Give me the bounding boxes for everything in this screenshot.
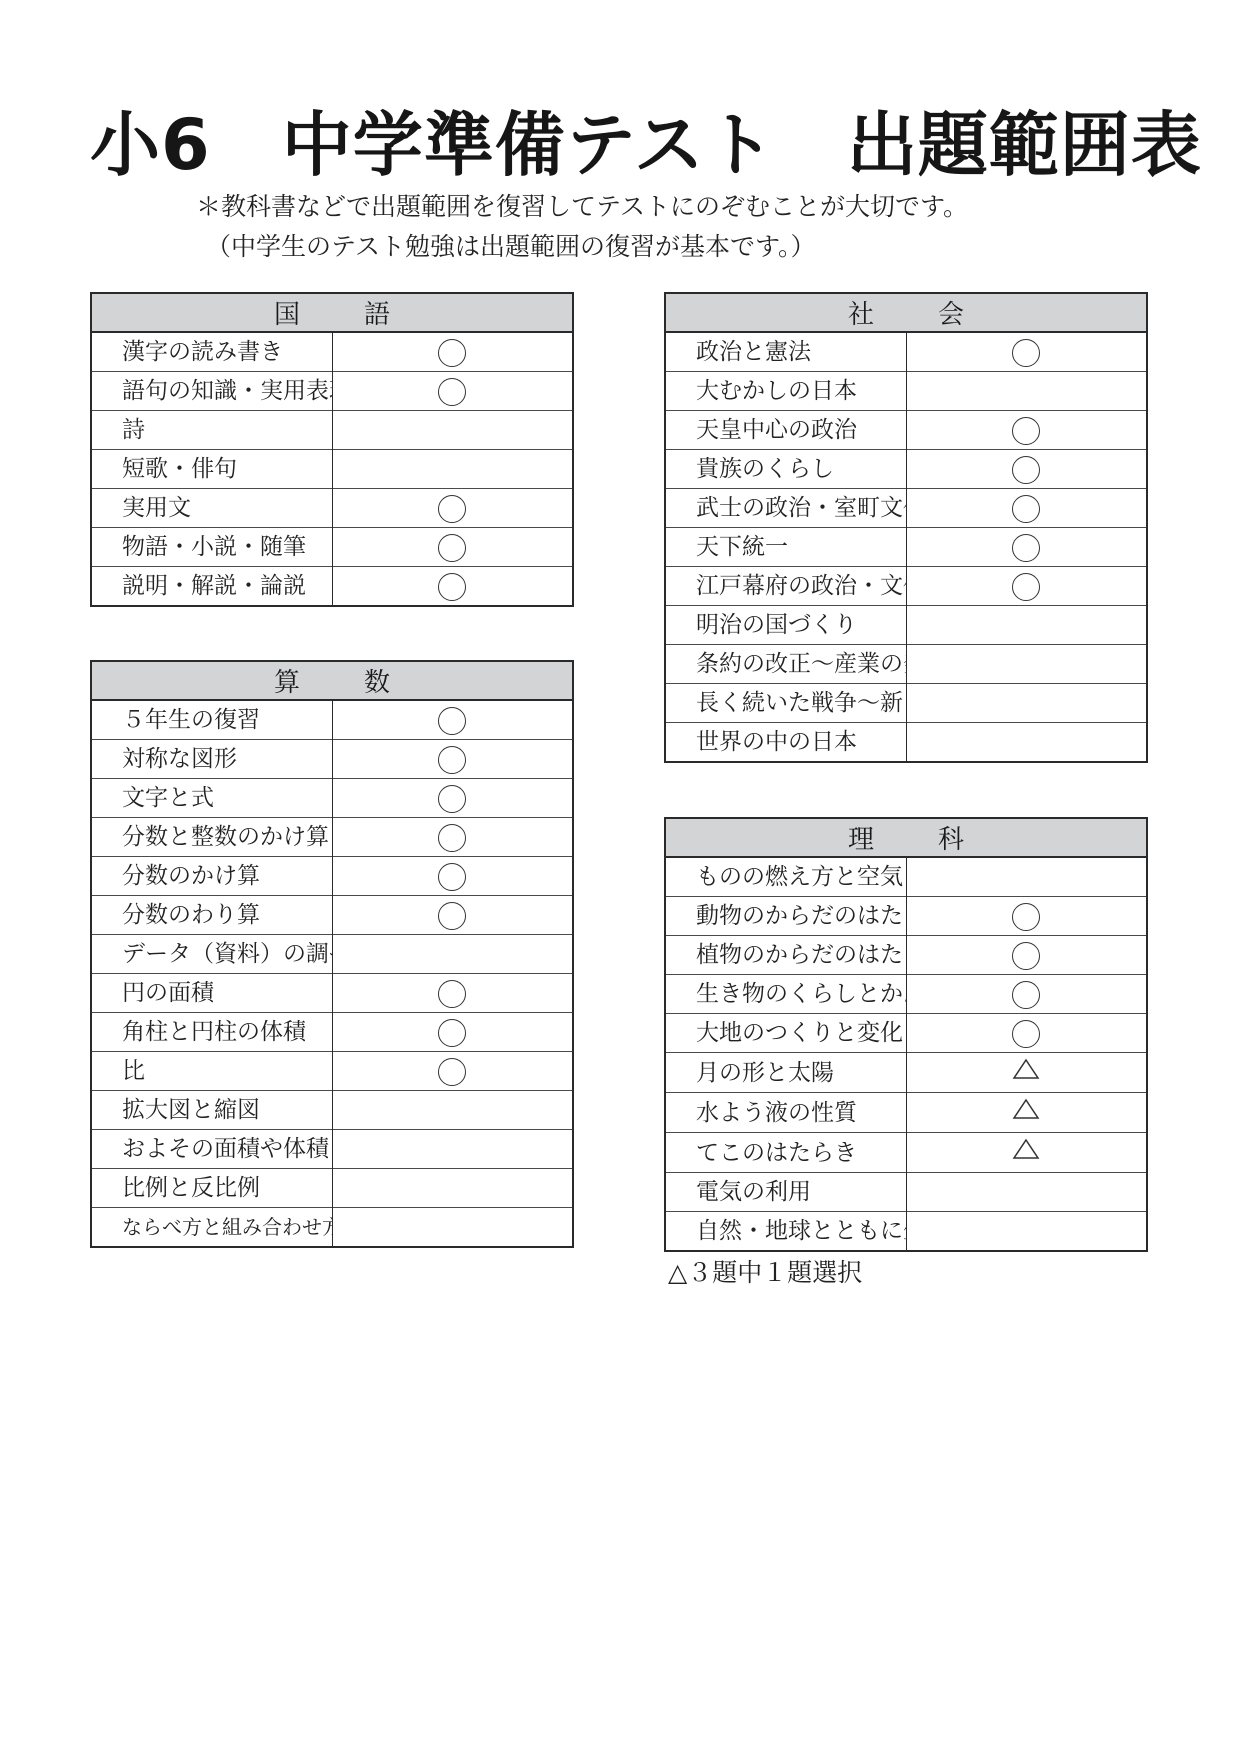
circle-mark-icon: [438, 1019, 466, 1047]
topic-label: 角柱と円柱の体積: [91, 1013, 332, 1052]
footnote-triangle-selection: △３題中１題選択: [668, 1256, 862, 1290]
topic-label: 世界の中の日本: [665, 723, 906, 763]
coverage-mark-cell: [332, 740, 573, 779]
coverage-mark-cell: [332, 567, 573, 607]
topic-label: てこのはたらき: [665, 1133, 906, 1173]
table-heading: 理科: [665, 818, 1147, 857]
topic-label: ものの燃え方と空気: [665, 857, 906, 897]
table-row: データ（資料）の調べ方: [91, 935, 573, 974]
coverage-mark-cell: [906, 1212, 1147, 1252]
circle-mark-icon: [1012, 942, 1040, 970]
table-row: 比: [91, 1052, 573, 1091]
table-heading: 算数: [91, 661, 573, 700]
coverage-mark-cell: [332, 896, 573, 935]
circle-mark-icon: [438, 746, 466, 774]
coverage-mark-cell: [906, 528, 1147, 567]
table-row: 大むかしの日本: [665, 372, 1147, 411]
table-row: 漢字の読み書き: [91, 332, 573, 372]
table-row: 武士の政治・室町文化: [665, 489, 1147, 528]
topic-label: 電気の利用: [665, 1173, 906, 1212]
topic-label: 武士の政治・室町文化: [665, 489, 906, 528]
table-heading: 社会: [665, 293, 1147, 332]
topic-label: データ（資料）の調べ方: [91, 935, 332, 974]
table-row: 対称な図形: [91, 740, 573, 779]
topic-label: 植物のからだのはたらき: [665, 936, 906, 975]
coverage-mark-cell: [332, 528, 573, 567]
coverage-mark-cell: [906, 606, 1147, 645]
topic-label: 分数のかけ算: [91, 857, 332, 896]
table-row: 貴族のくらし: [665, 450, 1147, 489]
table-heading: 国語: [91, 293, 573, 332]
coverage-mark-cell: [332, 935, 573, 974]
topic-label: およその面積や体積: [91, 1130, 332, 1169]
coverage-mark-cell: [332, 450, 573, 489]
coverage-mark-cell: [332, 1169, 573, 1208]
table-row: 政治と憲法: [665, 332, 1147, 372]
table-row: 天下統一: [665, 528, 1147, 567]
coverage-mark-cell: [906, 567, 1147, 606]
circle-mark-icon: [438, 824, 466, 852]
circle-mark-icon: [438, 785, 466, 813]
topic-label: 自然・地球とともに生きる: [665, 1212, 906, 1252]
table-row: 文字と式: [91, 779, 573, 818]
topic-label: 文字と式: [91, 779, 332, 818]
coverage-mark-cell: [906, 489, 1147, 528]
topic-label: 大地のつくりと変化: [665, 1014, 906, 1053]
coverage-mark-cell: [906, 1173, 1147, 1212]
coverage-mark-cell: [332, 857, 573, 896]
coverage-mark-cell: [906, 723, 1147, 763]
table-row: ものの燃え方と空気: [665, 857, 1147, 897]
circle-mark-icon: [438, 980, 466, 1008]
topic-label: 動物のからだのはたらき: [665, 897, 906, 936]
note-line-2: （中学生のテスト勉強は出題範囲の復習が基本です。）: [206, 230, 816, 264]
coverage-mark-cell: [332, 700, 573, 740]
topic-label: 大むかしの日本: [665, 372, 906, 411]
circle-mark-icon: [438, 339, 466, 367]
circle-mark-icon: [1012, 456, 1040, 484]
circle-mark-icon: [1012, 573, 1040, 601]
table-row: 水よう液の性質: [665, 1093, 1147, 1133]
topic-label: 対称な図形: [91, 740, 332, 779]
coverage-mark-cell: [906, 645, 1147, 684]
triangle-mark-icon: [1012, 1134, 1040, 1172]
coverage-mark-cell: [332, 372, 573, 411]
table-row: 天皇中心の政治: [665, 411, 1147, 450]
circle-mark-icon: [438, 902, 466, 930]
circle-mark-icon: [438, 534, 466, 562]
topic-label: 拡大図と縮図: [91, 1091, 332, 1130]
circle-mark-icon: [438, 707, 466, 735]
table-row: 動物のからだのはたらき: [665, 897, 1147, 936]
coverage-mark-cell: [906, 936, 1147, 975]
coverage-mark-cell: [332, 332, 573, 372]
topic-label: 比例と反比例: [91, 1169, 332, 1208]
table-row: 実用文: [91, 489, 573, 528]
table-row: 条約の改正～産業の発展: [665, 645, 1147, 684]
topic-label: 漢字の読み書き: [91, 332, 332, 372]
table-row: 詩: [91, 411, 573, 450]
coverage-mark-cell: [332, 779, 573, 818]
triangle-mark-icon: [1012, 1094, 1040, 1132]
topic-label: 詩: [91, 411, 332, 450]
table-row: 明治の国づくり: [665, 606, 1147, 645]
table-row: 語句の知識・実用表現: [91, 372, 573, 411]
topic-label: 分数と整数のかけ算・わり算: [91, 818, 332, 857]
topic-label: 条約の改正～産業の発展: [665, 645, 906, 684]
table-row: 説明・解説・論説: [91, 567, 573, 607]
coverage-mark-cell: [906, 684, 1147, 723]
circle-mark-icon: [1012, 903, 1040, 931]
coverage-mark-cell: [332, 818, 573, 857]
circle-mark-icon: [1012, 534, 1040, 562]
coverage-mark-cell: [906, 1014, 1147, 1053]
coverage-mark-cell: [906, 1133, 1147, 1173]
topic-label: 月の形と太陽: [665, 1053, 906, 1093]
topic-label: 物語・小説・随筆: [91, 528, 332, 567]
circle-mark-icon: [438, 1058, 466, 1086]
coverage-mark-cell: [906, 1093, 1147, 1133]
coverage-mark-cell: [906, 1053, 1147, 1093]
table-row: 比例と反比例: [91, 1169, 573, 1208]
coverage-mark-cell: [906, 372, 1147, 411]
topic-label: 円の面積: [91, 974, 332, 1013]
table-row: 分数と整数のかけ算・わり算: [91, 818, 573, 857]
table-row: てこのはたらき: [665, 1133, 1147, 1173]
table-row: ならべ方と組み合わせ方（場合の数）: [91, 1208, 573, 1248]
circle-mark-icon: [438, 495, 466, 523]
topic-label: 実用文: [91, 489, 332, 528]
coverage-mark-cell: [906, 975, 1147, 1014]
table-row: 自然・地球とともに生きる: [665, 1212, 1147, 1252]
coverage-mark-cell: [906, 450, 1147, 489]
topic-label: 水よう液の性質: [665, 1093, 906, 1133]
coverage-mark-cell: [906, 332, 1147, 372]
table-row: 長く続いた戦争～新しい日本: [665, 684, 1147, 723]
topic-label: 語句の知識・実用表現: [91, 372, 332, 411]
table-row: 江戸幕府の政治・文化: [665, 567, 1147, 606]
table-row: 生き物のくらしとかんきょう: [665, 975, 1147, 1014]
table-row: 植物のからだのはたらき: [665, 936, 1147, 975]
table-row: 拡大図と縮図: [91, 1091, 573, 1130]
table-row: ５年生の復習: [91, 700, 573, 740]
topic-label: 比: [91, 1052, 332, 1091]
topic-label: 生き物のくらしとかんきょう: [665, 975, 906, 1014]
table-row: 分数のかけ算: [91, 857, 573, 896]
coverage-mark-cell: [332, 489, 573, 528]
circle-mark-icon: [438, 378, 466, 406]
table-rika: 理科 ものの燃え方と空気動物のからだのはたらき植物のからだのはたらき生き物のくら…: [664, 817, 1148, 1252]
coverage-mark-cell: [906, 411, 1147, 450]
coverage-mark-cell: [906, 857, 1147, 897]
circle-mark-icon: [438, 863, 466, 891]
topic-label: 明治の国づくり: [665, 606, 906, 645]
table-shakai: 社会 政治と憲法大むかしの日本天皇中心の政治貴族のくらし武士の政治・室町文化天下…: [664, 292, 1148, 763]
table-row: 短歌・俳句: [91, 450, 573, 489]
table-row: およその面積や体積: [91, 1130, 573, 1169]
coverage-mark-cell: [332, 1052, 573, 1091]
coverage-mark-cell: [906, 897, 1147, 936]
table-row: 円の面積: [91, 974, 573, 1013]
topic-label: 説明・解説・論説: [91, 567, 332, 607]
table-row: 月の形と太陽: [665, 1053, 1147, 1093]
circle-mark-icon: [1012, 495, 1040, 523]
table-sansu: 算数 ５年生の復習対称な図形文字と式分数と整数のかけ算・わり算分数のかけ算分数の…: [90, 660, 574, 1248]
table-row: 電気の利用: [665, 1173, 1147, 1212]
topic-label: 貴族のくらし: [665, 450, 906, 489]
page-title: 小6 中学準備テスト 出題範囲表: [90, 100, 1170, 190]
topic-label: 天皇中心の政治: [665, 411, 906, 450]
coverage-mark-cell: [332, 974, 573, 1013]
table-row: 世界の中の日本: [665, 723, 1147, 763]
circle-mark-icon: [1012, 1020, 1040, 1048]
topic-label: 江戸幕府の政治・文化: [665, 567, 906, 606]
coverage-mark-cell: [332, 1013, 573, 1052]
topic-label: 政治と憲法: [665, 332, 906, 372]
table-row: 角柱と円柱の体積: [91, 1013, 573, 1052]
coverage-mark-cell: [332, 1091, 573, 1130]
coverage-mark-cell: [332, 411, 573, 450]
note-line-1: ＊教科書などで出題範囲を復習してテストにのぞむことが大切です。: [196, 190, 968, 224]
table-kokugo: 国語 漢字の読み書き語句の知識・実用表現詩短歌・俳句実用文物語・小説・随筆説明・…: [90, 292, 574, 607]
circle-mark-icon: [438, 573, 466, 601]
topic-label: ５年生の復習: [91, 700, 332, 740]
table-row: 物語・小説・随筆: [91, 528, 573, 567]
triangle-mark-icon: [1012, 1054, 1040, 1092]
circle-mark-icon: [1012, 981, 1040, 1009]
table-row: 大地のつくりと変化: [665, 1014, 1147, 1053]
topic-label: 短歌・俳句: [91, 450, 332, 489]
topic-label: 分数のわり算: [91, 896, 332, 935]
topic-label: 天下統一: [665, 528, 906, 567]
topic-label: 長く続いた戦争～新しい日本: [665, 684, 906, 723]
coverage-mark-cell: [332, 1208, 573, 1248]
coverage-mark-cell: [332, 1130, 573, 1169]
topic-label: ならべ方と組み合わせ方（場合の数）: [91, 1208, 332, 1248]
circle-mark-icon: [1012, 417, 1040, 445]
table-row: 分数のわり算: [91, 896, 573, 935]
circle-mark-icon: [1012, 339, 1040, 367]
